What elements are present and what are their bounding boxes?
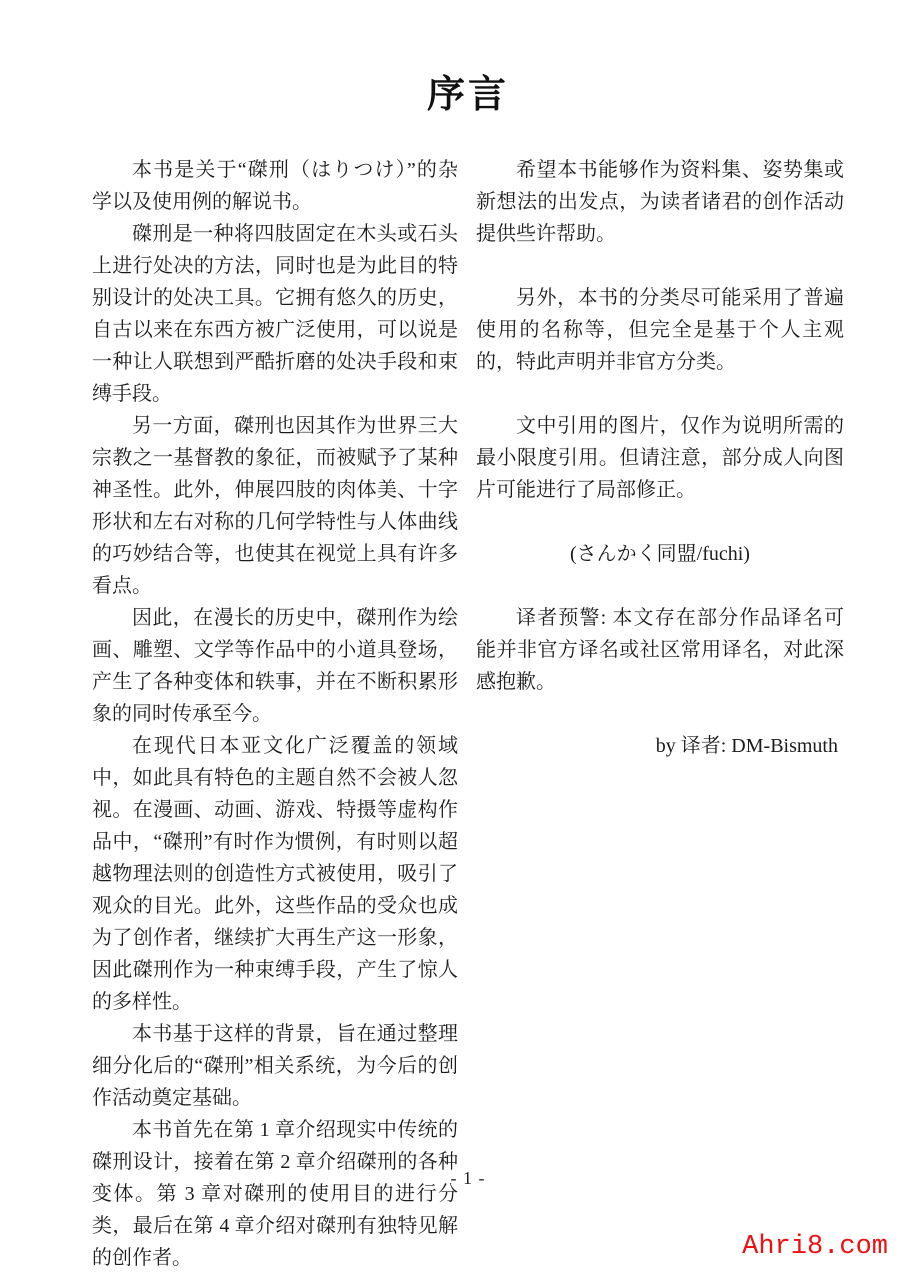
- paragraph: 本书基于这样的背景，旨在通过整理细分化后的“磔刑”相关系统，为今后的创作活动奠定…: [92, 1018, 458, 1114]
- paragraph: 本书是关于“磔刑（はりつけ）”的杂学以及使用例的解说书。: [92, 154, 458, 218]
- left-column: 本书是关于“磔刑（はりつけ）”的杂学以及使用例的解说书。 磔刑是一种将四肢固定在…: [92, 154, 458, 1273]
- paragraph: 在现代日本亚文化广泛覆盖的领域中，如此具有特色的主题自然不会被人忽视。在漫画、动…: [92, 730, 458, 1018]
- page-number: - 1 -: [92, 1168, 844, 1189]
- page-title: 序言: [92, 74, 844, 114]
- paragraph: 另外，本书的分类尽可能采用了普遍使用的名称等，但完全是基于个人主观的，特此声明并…: [476, 282, 844, 378]
- page-content: 序言 本书是关于“磔刑（はりつけ）”的杂学以及使用例的解说书。 磔刑是一种将四肢…: [0, 0, 900, 1273]
- paragraph: 另一方面，磔刑也因其作为世界三大宗教之一基督教的象征，而被赋予了某种神圣性。此外…: [92, 410, 458, 602]
- site-watermark: Ahri8.com: [742, 1232, 888, 1262]
- translator-byline: by 译者: DM-Bismuth: [476, 730, 844, 762]
- paragraph: 本书首先在第 1 章介绍现实中传统的磔刑设计，接着在第 2 章介绍磔刑的各种变体…: [92, 1114, 458, 1273]
- two-column-layout: 本书是关于“磔刑（はりつけ）”的杂学以及使用例的解说书。 磔刑是一种将四肢固定在…: [92, 154, 844, 1273]
- paragraph: 文中引用的图片，仅作为说明所需的最小限度引用。但请注意，部分成人向图片可能进行了…: [476, 410, 844, 506]
- translator-warning: 译者预警: 本文存在部分作品译名可能并非官方译名或社区常用译名，对此深感抱歉。: [476, 602, 844, 698]
- author-credit: (さんかく同盟/fuchi): [476, 538, 844, 570]
- right-column: 希望本书能够作为资料集、姿势集或新想法的出发点，为读者诸君的创作活动提供些许帮助…: [476, 154, 844, 1273]
- document-page: 序言 本书是关于“磔刑（はりつけ）”的杂学以及使用例的解说书。 磔刑是一种将四肢…: [0, 0, 900, 1273]
- paragraph: 希望本书能够作为资料集、姿势集或新想法的出发点，为读者诸君的创作活动提供些许帮助…: [476, 154, 844, 250]
- paragraph: 因此，在漫长的历史中，磔刑作为绘画、雕塑、文学等作品中的小道具登场，产生了各种变…: [92, 602, 458, 730]
- paragraph: 磔刑是一种将四肢固定在木头或石头上进行处决的方法，同时也是为此目的特别设计的处决…: [92, 218, 458, 410]
